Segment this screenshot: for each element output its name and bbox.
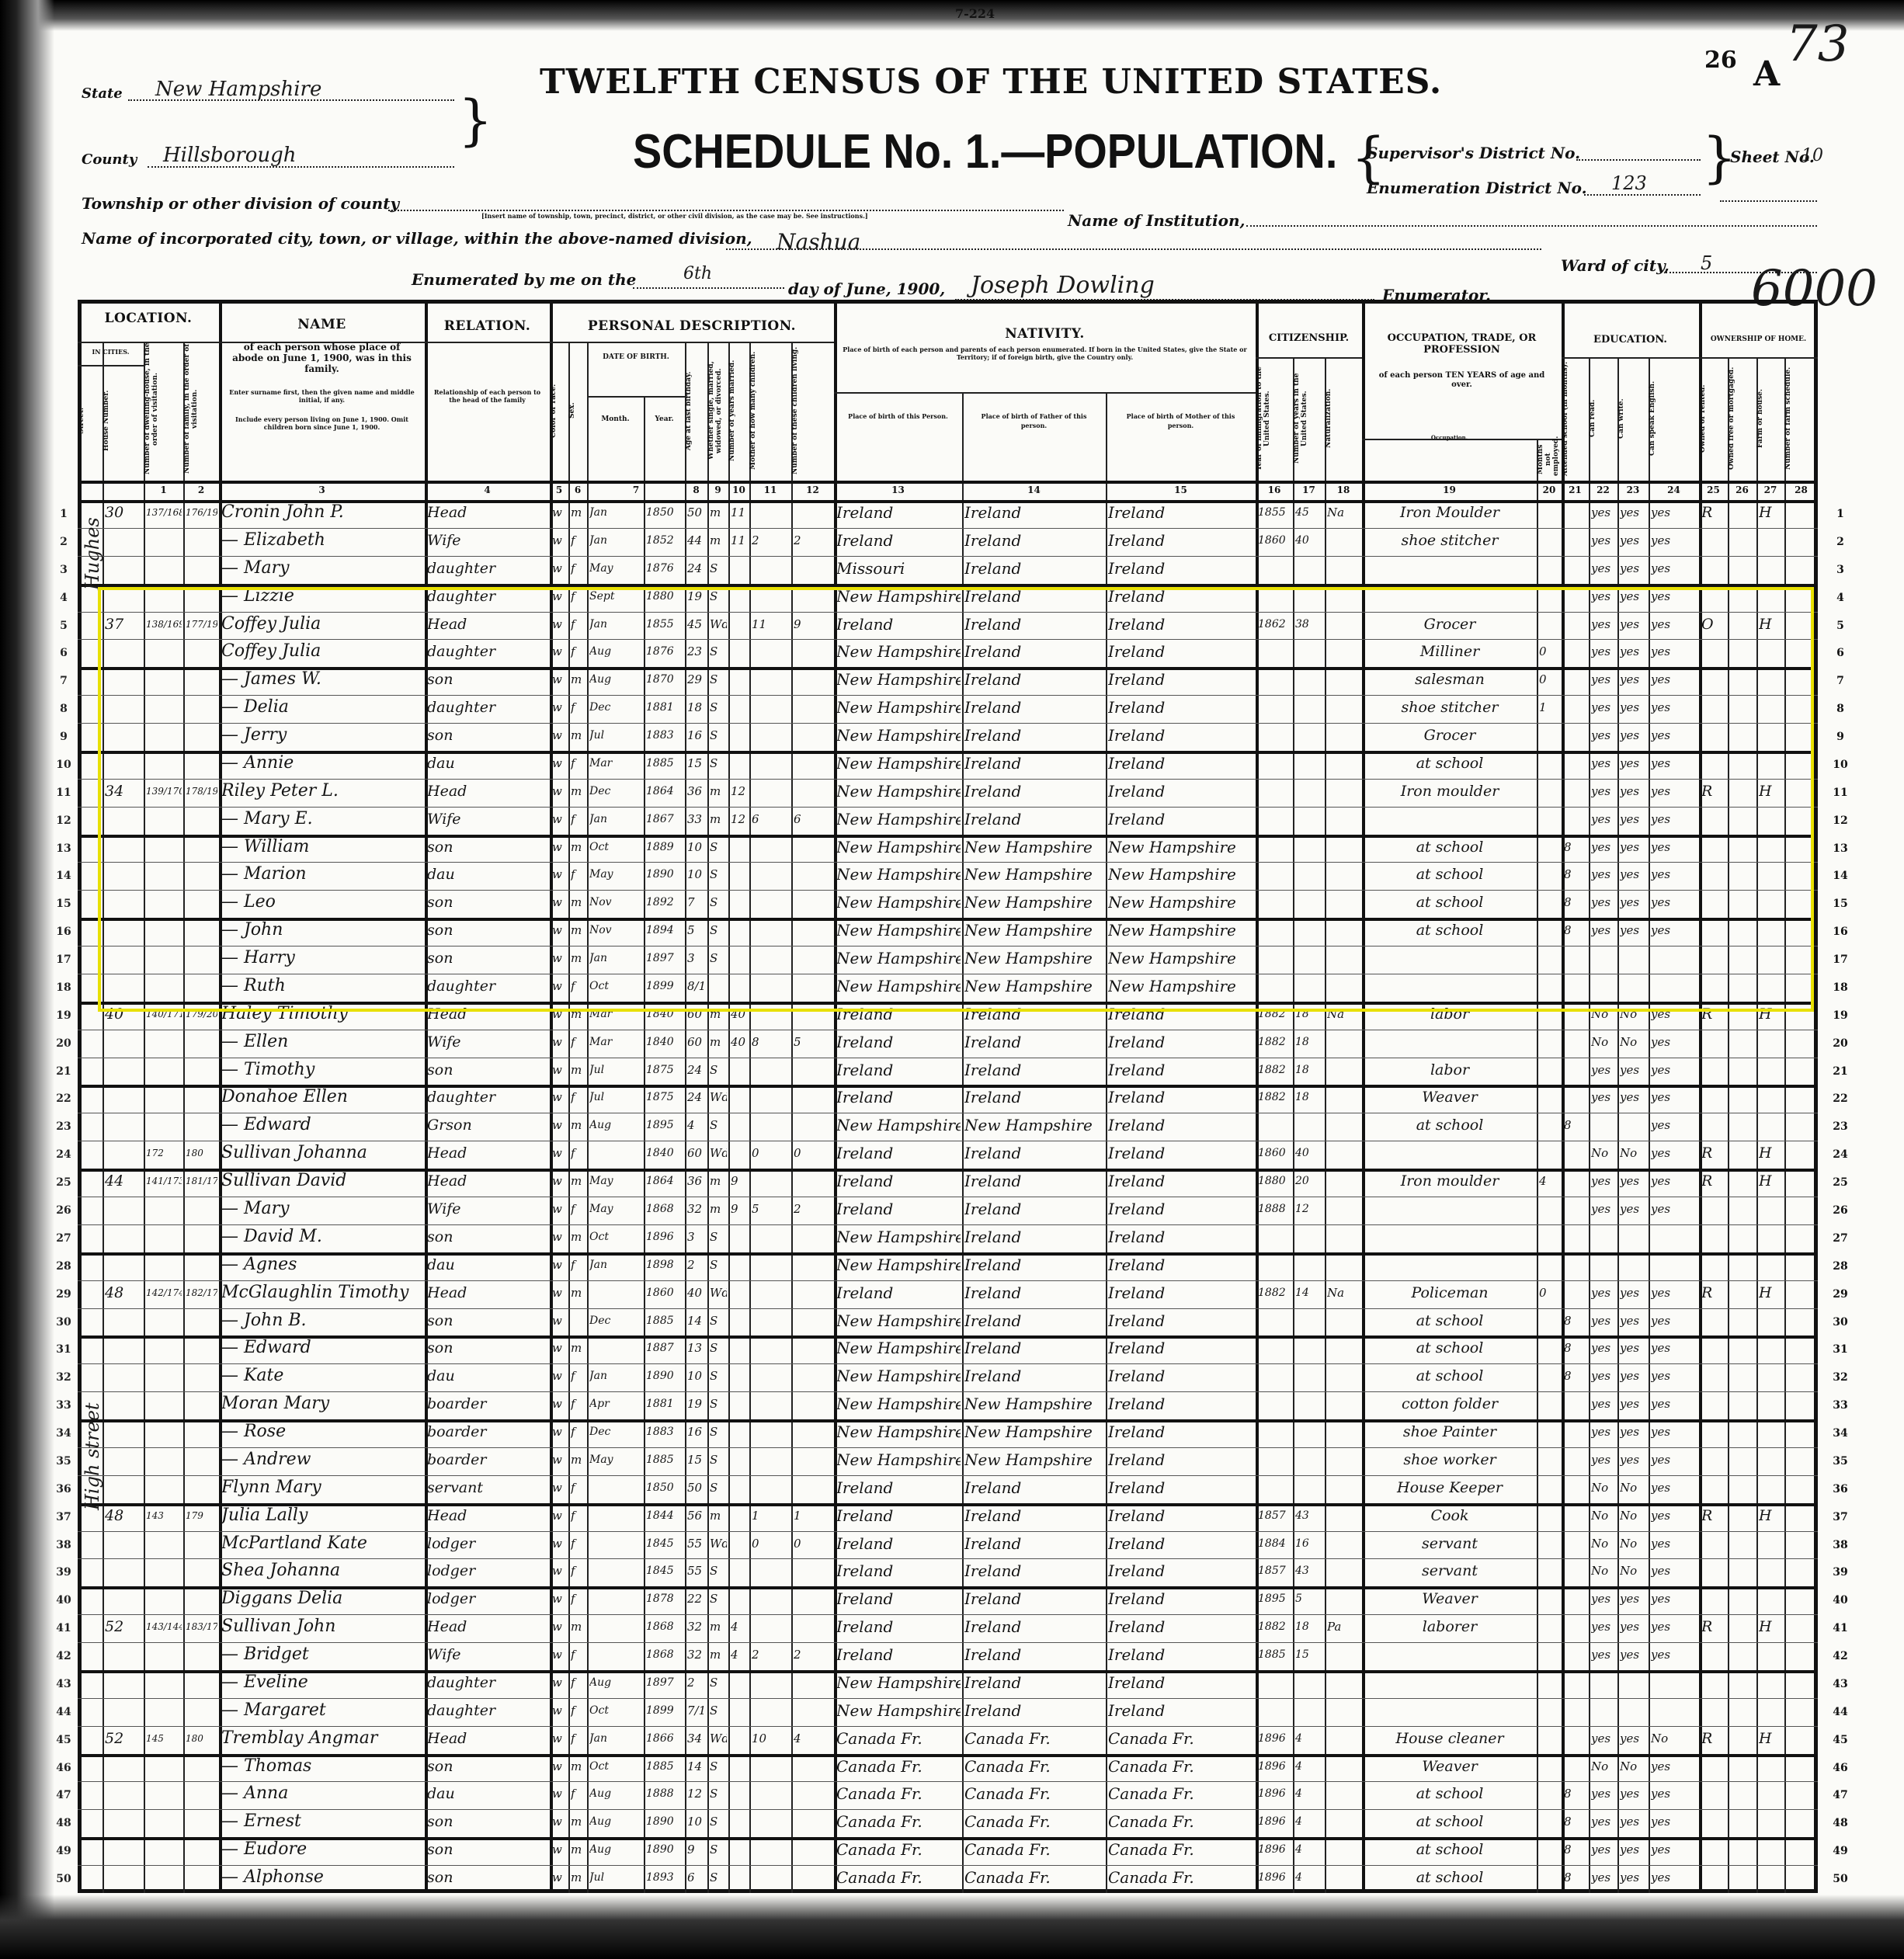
line-number-right: 3: [1825, 564, 1856, 576]
cell-marital: S: [710, 1056, 727, 1084]
line-number-left: 40: [48, 1594, 79, 1606]
cell-year: 1860: [646, 1279, 683, 1307]
cell-write: yes: [1620, 1446, 1647, 1474]
cell-write: yes: [1620, 721, 1647, 749]
cell-birth: New Hampshire: [836, 749, 961, 777]
cell-mother: Ireland: [1108, 1418, 1254, 1446]
cell-sex: f: [571, 693, 585, 721]
cell-occupation: at school: [1364, 1808, 1535, 1836]
line-number-left: 6: [48, 647, 79, 659]
cell-yrs-married: 9: [731, 1195, 748, 1223]
cell-read: yes: [1591, 582, 1616, 610]
cell-relation: Head: [427, 1167, 548, 1195]
cell-living: 6: [794, 805, 832, 833]
cell-year: 1889: [646, 833, 683, 861]
cell-relation: boarder: [427, 1418, 548, 1446]
cell-marital: m: [710, 498, 727, 526]
line-number-left: 50: [48, 1873, 79, 1885]
cell-year: 1890: [646, 860, 683, 888]
cell-living: 2: [794, 1641, 832, 1669]
cell-occupation: at school: [1364, 749, 1535, 777]
line-number-right: 39: [1825, 1566, 1856, 1579]
cell-imm: 1882: [1258, 1613, 1291, 1641]
cell-year: 1885: [646, 749, 683, 777]
cell-yrs-us: 43: [1295, 1557, 1323, 1585]
cell-occupation: at school: [1364, 888, 1535, 916]
township-instruction: [Insert name of township, town, precinct…: [481, 212, 868, 220]
cell-mother: Ireland: [1108, 1111, 1254, 1139]
cell-marital: S: [710, 582, 727, 610]
cell-name: — James W.: [221, 665, 423, 693]
cell-mother-of: 2: [752, 526, 790, 554]
column-number-24: 24: [1649, 485, 1699, 495]
cell-dwelling: 141/173: [146, 1167, 182, 1195]
cell-house: 37: [105, 610, 142, 638]
line-number-right: 25: [1825, 1176, 1856, 1189]
cell-age: 44: [687, 526, 706, 554]
line-number-left: 42: [48, 1650, 79, 1662]
grid-vline: [1728, 357, 1729, 1893]
cell-relation: lodger: [427, 1557, 548, 1585]
cell-relation: son: [427, 1307, 548, 1335]
cell-year: 1845: [646, 1530, 683, 1558]
cell-owned: O: [1701, 610, 1726, 638]
cell-mother: Ireland: [1108, 1446, 1254, 1474]
column-number-9: 9: [707, 485, 728, 495]
header-owned-free: Owned free or mortgaged.: [1728, 361, 1756, 476]
cell-color: w: [552, 1502, 567, 1530]
cell-birth: New Hampshire: [836, 1446, 961, 1474]
cell-month: Mar: [589, 749, 642, 777]
line-number-right: 46: [1825, 1762, 1856, 1774]
header-name-instr1: Enter surname first, then the given name…: [227, 388, 417, 404]
line-number-left: 36: [48, 1483, 79, 1495]
cell-name: — Thomas: [221, 1752, 423, 1780]
cell-birth: Canada Fr.: [836, 1808, 961, 1836]
cell-house: 44: [105, 1167, 142, 1195]
cell-speak: yes: [1651, 526, 1697, 554]
cell-owned: R: [1701, 777, 1726, 805]
cell-dwelling: 143/144: [146, 1613, 182, 1641]
cell-color: w: [552, 749, 567, 777]
cell-month: Mar: [589, 1028, 642, 1056]
cell-color: w: [552, 1223, 567, 1251]
cell-owned: R: [1701, 1502, 1726, 1530]
cell-year: 1855: [646, 610, 683, 638]
cell-color: w: [552, 916, 567, 944]
cell-month: Jan: [589, 498, 642, 526]
cell-speak: yes: [1651, 1362, 1697, 1390]
cell-relation: Head: [427, 1000, 548, 1028]
cell-mother: Ireland: [1108, 1083, 1254, 1111]
cell-month: Jan: [589, 1362, 642, 1390]
cell-write: yes: [1620, 1613, 1647, 1641]
grid-vline: [1756, 357, 1758, 1893]
cell-birth: Ireland: [836, 1083, 961, 1111]
cell-birth: New Hampshire: [836, 860, 961, 888]
cell-name: — Agnes: [221, 1251, 423, 1279]
line-number-right: 32: [1825, 1371, 1856, 1384]
cell-speak: yes: [1651, 1390, 1697, 1418]
cell-year: 1888: [646, 1780, 683, 1808]
cell-mother: Ireland: [1108, 1028, 1254, 1056]
cell-color: w: [552, 1725, 567, 1752]
cell-house: 48: [105, 1502, 142, 1530]
cell-father: Canada Fr.: [964, 1808, 1104, 1836]
enumerated-prefix: Enumerated by me on the: [412, 270, 636, 289]
cell-dwelling: 143: [146, 1502, 182, 1530]
cell-speak: yes: [1651, 665, 1697, 693]
cell-occupation: shoe stitcher: [1364, 693, 1535, 721]
cell-mother: Ireland: [1108, 1669, 1254, 1697]
cell-name: — Mary E.: [221, 805, 423, 833]
cell-name: — Mary: [221, 554, 423, 582]
cell-name: Sullivan David: [221, 1167, 423, 1195]
cell-marital: S: [710, 554, 727, 582]
cell-mother: Ireland: [1108, 610, 1254, 638]
cell-read: No: [1591, 1502, 1616, 1530]
cell-school: 8: [1564, 1863, 1587, 1891]
cell-school: 8: [1564, 1334, 1587, 1362]
cell-father: New Hampshire: [964, 916, 1104, 944]
cell-dwelling: 137/168: [146, 498, 182, 526]
cell-color: w: [552, 665, 567, 693]
cell-sex: f: [571, 1390, 585, 1418]
cell-birth: New Hampshire: [836, 1223, 961, 1251]
cell-mother: Ireland: [1108, 582, 1254, 610]
cell-relation: Head: [427, 777, 548, 805]
state-value[interactable]: New Hampshire: [155, 78, 321, 101]
cell-mother: Ireland: [1108, 1000, 1254, 1028]
line-number-left: 16: [48, 926, 79, 938]
cell-year: 1887: [646, 1334, 683, 1362]
cell-marital: S: [710, 1863, 727, 1891]
cell-year: 1868: [646, 1195, 683, 1223]
line-number-right: 48: [1825, 1817, 1856, 1829]
cell-occupation: labor: [1364, 1000, 1535, 1028]
cell-yrs-married: 12: [731, 805, 748, 833]
line-number-right: 42: [1825, 1650, 1856, 1662]
cell-month: Jan: [589, 944, 642, 972]
cell-imm: 1896: [1258, 1780, 1291, 1808]
cell-color: w: [552, 1669, 567, 1697]
cell-birth: New Hampshire: [836, 888, 961, 916]
city-value[interactable]: Nashua: [777, 229, 860, 255]
enumerated-day[interactable]: 6th: [683, 264, 712, 283]
scan-edge-top: [0, 0, 1904, 31]
header-nativity: NATIVITY.: [834, 326, 1256, 342]
cell-mother: Ireland: [1108, 526, 1254, 554]
line-number-right: 33: [1825, 1399, 1856, 1412]
grid-header-hline: [834, 392, 1256, 394]
cell-relation: dau: [427, 749, 548, 777]
cell-sex: m: [571, 777, 585, 805]
line-number-right: 36: [1825, 1483, 1856, 1495]
cell-father: New Hampshire: [964, 888, 1104, 916]
cell-yrs-us: 12: [1295, 1195, 1323, 1223]
cell-relation: daughter: [427, 1697, 548, 1725]
grid-vline: [707, 342, 709, 1893]
header-relation: RELATION.: [425, 318, 550, 334]
cell-birth: Missouri: [836, 554, 961, 582]
header-children-living: Number of these children living.: [791, 346, 834, 476]
cell-sex: m: [571, 1808, 585, 1836]
cell-marital: S: [710, 749, 727, 777]
cell-father: Ireland: [964, 1474, 1104, 1502]
line-number-left: 46: [48, 1762, 79, 1774]
cell-year: 1840: [646, 1028, 683, 1056]
cell-month: Aug: [589, 1669, 642, 1697]
cell-sex: f: [571, 1725, 585, 1752]
grid-vline: [1562, 300, 1565, 1893]
cell-year: 1885: [646, 1307, 683, 1335]
cell-name: — John: [221, 916, 423, 944]
cell-speak: yes: [1651, 582, 1697, 610]
cell-read: yes: [1591, 1279, 1616, 1307]
cell-sex: m: [571, 1836, 585, 1863]
cell-sex: f: [571, 1028, 585, 1056]
cell-speak: yes: [1651, 1028, 1697, 1056]
cell-birth: New Hampshire: [836, 1334, 961, 1362]
cell-write: yes: [1620, 582, 1647, 610]
header-can-read: Can read.: [1589, 361, 1617, 476]
cell-farm: H: [1759, 1725, 1783, 1752]
cell-family: 180: [186, 1139, 217, 1167]
cell-marital: Wd: [710, 1139, 727, 1167]
cell-marital: m: [710, 1167, 727, 1195]
cell-yrs-us: 45: [1295, 498, 1323, 526]
cell-mother: Ireland: [1108, 805, 1254, 833]
cell-sex: f: [571, 526, 585, 554]
cell-birth: New Hampshire: [836, 1307, 961, 1335]
cell-name: Diggans Delia: [221, 1585, 423, 1613]
cell-relation: son: [427, 1752, 548, 1780]
cell-school: 8: [1564, 1808, 1587, 1836]
cell-imm: 1896: [1258, 1836, 1291, 1863]
cell-month: Jan: [589, 1725, 642, 1752]
cell-sex: m: [571, 833, 585, 861]
cell-mother: Ireland: [1108, 1139, 1254, 1167]
cell-month: Oct: [589, 1223, 642, 1251]
ward-value[interactable]: 5: [1701, 252, 1712, 274]
line-number-left: 32: [48, 1371, 79, 1384]
line-number-right: 13: [1825, 842, 1856, 855]
cell-dwelling: 138/169: [146, 610, 182, 638]
cell-birth: Ireland: [836, 1195, 961, 1223]
cell-read: No: [1591, 1028, 1616, 1056]
cell-imm: 1882: [1258, 1028, 1291, 1056]
cell-color: w: [552, 1863, 567, 1891]
cell-name: Haley Timothy: [221, 1000, 423, 1028]
cell-age: 36: [687, 1167, 706, 1195]
cell-birth: New Hampshire: [836, 1669, 961, 1697]
cell-write: yes: [1620, 610, 1647, 638]
line-number-left: 3: [48, 564, 79, 576]
cell-birth: New Hampshire: [836, 805, 961, 833]
cell-age: 13: [687, 1334, 706, 1362]
header-owned-rented: Owned or rented.: [1699, 361, 1728, 476]
cell-speak: yes: [1651, 498, 1697, 526]
column-number-27: 27: [1756, 485, 1784, 495]
cell-marital: Wd: [710, 1083, 727, 1111]
header-year: Year.: [644, 415, 685, 423]
cell-age: 23: [687, 637, 706, 665]
cell-color: w: [552, 1446, 567, 1474]
grid-vline: [587, 342, 589, 1893]
line-number-left: 39: [48, 1566, 79, 1579]
cell-write: yes: [1620, 693, 1647, 721]
cell-relation: daughter: [427, 972, 548, 1000]
cell-year: 1866: [646, 1725, 683, 1752]
cell-color: w: [552, 693, 567, 721]
cell-year: 1876: [646, 637, 683, 665]
enumerator-name[interactable]: Joseph Dowling: [971, 272, 1155, 299]
cell-color: w: [552, 1056, 567, 1084]
cell-marital: S: [710, 916, 727, 944]
header-farm-house: Farm or house.: [1756, 361, 1784, 476]
cell-write: yes: [1620, 1195, 1647, 1223]
cell-sex: f: [571, 1641, 585, 1669]
cell-school: 8: [1564, 1780, 1587, 1808]
line-number-left: 48: [48, 1817, 79, 1829]
cell-read: No: [1591, 1752, 1616, 1780]
cell-read: yes: [1591, 526, 1616, 554]
cell-father: Ireland: [964, 1613, 1104, 1641]
line-number-right: 44: [1825, 1706, 1856, 1718]
cell-living: 9: [794, 610, 832, 638]
column-number-10: 10: [728, 485, 749, 495]
column-number-5: 5: [550, 485, 568, 495]
cell-sex: m: [571, 1111, 585, 1139]
cell-read: yes: [1591, 1362, 1616, 1390]
header-date-of-birth: DATE OF BIRTH.: [587, 353, 685, 361]
cell-age: 32: [687, 1641, 706, 1669]
cell-month: Dec: [589, 1418, 642, 1446]
cell-mother: Canada Fr.: [1108, 1863, 1254, 1891]
cell-house: 30: [105, 498, 142, 526]
cell-sex: m: [571, 916, 585, 944]
cell-month: Dec: [589, 777, 642, 805]
cell-write: yes: [1620, 665, 1647, 693]
cell-age: 7/12: [687, 1697, 706, 1725]
cell-write: yes: [1620, 888, 1647, 916]
cell-relation: Wife: [427, 1195, 548, 1223]
cell-father: Ireland: [964, 637, 1104, 665]
cell-speak: yes: [1651, 1418, 1697, 1446]
cell-imm: 1882: [1258, 1279, 1291, 1307]
cell-yrs-us: 4: [1295, 1808, 1323, 1836]
township-label: Township or other division of county: [82, 194, 399, 213]
cell-school: 8: [1564, 888, 1587, 916]
header-farm-schedule: Number of farm schedule.: [1784, 361, 1818, 476]
cell-read: yes: [1591, 1808, 1616, 1836]
supervisor-field-line: [1576, 159, 1701, 161]
cell-occupation: Weaver: [1364, 1083, 1535, 1111]
cell-sex: m: [571, 1863, 585, 1891]
cell-sex: m: [571, 888, 585, 916]
cell-relation: boarder: [427, 1390, 548, 1418]
cell-imm: 1857: [1258, 1557, 1291, 1585]
cell-name: Riley Peter L.: [221, 777, 423, 805]
line-number-left: 12: [48, 815, 79, 827]
cell-marital: S: [710, 693, 727, 721]
line-number-right: 15: [1825, 898, 1856, 910]
cell-relation: son: [427, 1863, 548, 1891]
cell-school: 8: [1564, 1111, 1587, 1139]
cell-name: — Lizzie: [221, 582, 423, 610]
cell-marital: Wd: [710, 1530, 727, 1558]
cell-yrs-us: 18: [1295, 1028, 1323, 1056]
cell-name: — Ellen: [221, 1028, 423, 1056]
cell-month: May: [589, 554, 642, 582]
cell-color: w: [552, 1836, 567, 1863]
cell-father: Ireland: [964, 721, 1104, 749]
cell-month: Aug: [589, 1836, 642, 1863]
cell-mother: Ireland: [1108, 1056, 1254, 1084]
cell-marital: S: [710, 1697, 727, 1725]
cell-color: w: [552, 498, 567, 526]
cell-relation: son: [427, 1836, 548, 1863]
cell-month: Jul: [589, 721, 642, 749]
state-label: State: [82, 85, 123, 102]
cell-occupation: at school: [1364, 1780, 1535, 1808]
cell-occupation: at school: [1364, 860, 1535, 888]
line-number-left: 44: [48, 1706, 79, 1718]
county-value[interactable]: Hillsborough: [163, 144, 296, 167]
cell-marital: m: [710, 777, 727, 805]
cell-sex: f: [571, 1697, 585, 1725]
cell-not-emp: 1: [1539, 693, 1560, 721]
cell-write: yes: [1620, 860, 1647, 888]
cell-name: — Marion: [221, 860, 423, 888]
line-number-left: 37: [48, 1511, 79, 1523]
cell-marital: m: [710, 1000, 727, 1028]
header-name: NAME: [219, 317, 425, 332]
ed-label: Enumeration District No.: [1367, 179, 1587, 197]
cell-mother: Ireland: [1108, 1195, 1254, 1223]
cell-living: 0: [794, 1530, 832, 1558]
cell-month: Oct: [589, 833, 642, 861]
cell-name: — Annie: [221, 749, 423, 777]
cell-birth: Ireland: [836, 1000, 961, 1028]
cell-read: yes: [1591, 693, 1616, 721]
cell-yrs-us: 4: [1295, 1780, 1323, 1808]
header-birth-father: Place of birth of Father of this person.: [970, 412, 1098, 430]
cell-speak: yes: [1651, 1000, 1697, 1028]
cell-speak: yes: [1651, 721, 1697, 749]
ed-value[interactable]: 123: [1611, 172, 1647, 194]
column-number-16: 16: [1256, 485, 1293, 495]
cell-name: — Edward: [221, 1334, 423, 1362]
cell-mother-of: 2: [752, 1641, 790, 1669]
line-number-left: 21: [48, 1065, 79, 1078]
line-number-left: 30: [48, 1316, 79, 1329]
grid-vline: [962, 392, 964, 1893]
cell-sex: m: [571, 1752, 585, 1780]
cell-mother: Ireland: [1108, 1697, 1254, 1725]
cell-speak: yes: [1651, 1613, 1697, 1641]
cell-color: w: [552, 1474, 567, 1502]
cell-birth: Ireland: [836, 1279, 961, 1307]
cell-mother: Canada Fr.: [1108, 1752, 1254, 1780]
cell-occupation: at school: [1364, 1863, 1535, 1891]
sheet-value[interactable]: 10: [1802, 146, 1823, 165]
cell-color: w: [552, 1390, 567, 1418]
cell-farm: H: [1759, 1167, 1783, 1195]
cell-birth: New Hampshire: [836, 777, 961, 805]
cell-write: yes: [1620, 526, 1647, 554]
cell-year: 1840: [646, 1000, 683, 1028]
